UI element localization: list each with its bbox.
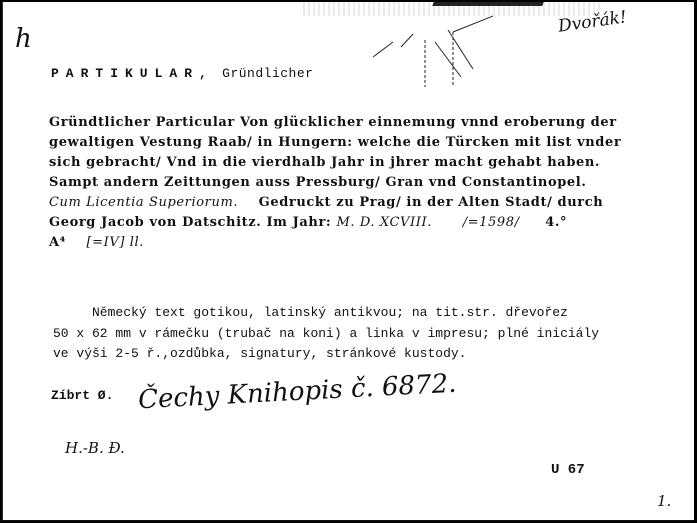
year-roman: M. D. XCVIII. (336, 215, 432, 230)
signature: A⁴ (49, 235, 66, 250)
scan-edge-mark (432, 2, 543, 6)
reference-handwritten: Čechy Knihopis č. 6872. (137, 369, 457, 416)
shelfmark: U 67 (551, 462, 585, 478)
pencil-strokes-icon (373, 12, 493, 87)
heading-title: PARTIKULAR, (51, 66, 214, 81)
catalog-card: h Dvořák! PARTIKULAR, Gründlicher Gründt… (2, 2, 694, 521)
year-arabic: /=1598/ (463, 215, 520, 230)
card-heading: PARTIKULAR, Gründlicher (51, 66, 313, 81)
fraktur-line: Sampt andern Zeittungen auss Pressburg/ … (49, 173, 679, 193)
page-number: 1. (657, 492, 671, 510)
leaves: [=IV] ll. (87, 235, 145, 250)
bibliographic-notes: Německý text gotikou, latinský antikvou;… (53, 303, 599, 365)
fraktur-line: gewaltigen Vestung Raab/ in Hungern: wel… (49, 133, 679, 153)
format: 4.° (545, 215, 567, 230)
license-handwritten: Cum Licentia Superiorum. (49, 195, 238, 210)
fraktur-line: sich gebracht/ Vnd in die vierdhalb Jahr… (49, 153, 679, 173)
fraktur-line: Gründtlicher Particular Von glücklicher … (49, 113, 679, 133)
title-transcription: Gründtlicher Particular Von glücklicher … (49, 113, 679, 253)
printer: Georg Jacob von Datschitz. Im Jahr: (49, 215, 331, 230)
imprint-line-2: Georg Jacob von Datschitz. Im Jahr: M. D… (49, 213, 679, 233)
collation-line: A⁴ [=IV] ll. (49, 233, 679, 253)
note-line: ve výši 2-5 ř.,ozdůbka, signatury, strán… (53, 344, 599, 365)
printed-at: Gedruckt zu Prag/ in der Alten Stadt/ du… (259, 195, 604, 210)
corner-mark: h (15, 24, 32, 54)
cataloger-initials: H.-B. Ð. (65, 439, 125, 457)
reference-printed: Zíbrt Ø. (51, 388, 113, 403)
note-line: 50 x 62 mm v rámečku (trubač na koni) a … (53, 324, 599, 345)
imprint-line-1: Cum Licentia Superiorum. Gedruckt zu Pra… (49, 193, 679, 213)
note-line: Německý text gotikou, latinský antikvou;… (53, 303, 599, 324)
heading-subtitle: Gründlicher (222, 66, 313, 81)
